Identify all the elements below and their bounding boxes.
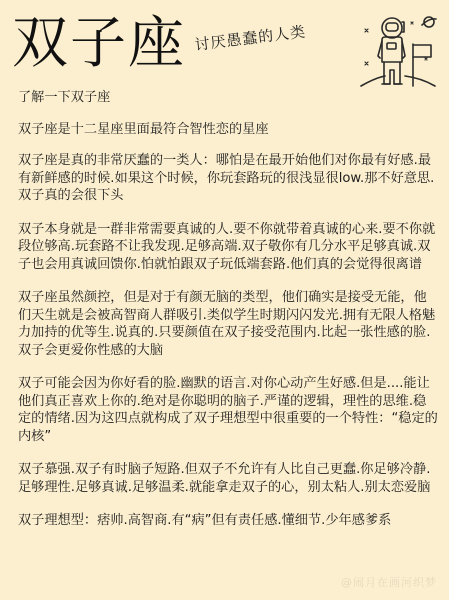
paragraph-7: 双子理想型：痞帅.高智商.有“病”但有责任感.懂细节.少年感爹系: [18, 512, 438, 530]
page-title: 双子座: [12, 14, 186, 74]
paragraph-1: 双子座是十二星座里面最符合智性恋的星座: [18, 121, 438, 139]
paragraph-5: 双子可能会因为你好看的脸.幽默的语言.对你心动产生好感.但是....能让他们真正…: [18, 375, 438, 445]
paragraph-6: 双子慕强.双子有时脑子短路.但双子不允许有人比自己更蠢.你足够冷静.足够理性.足…: [18, 461, 438, 496]
paragraph-2: 双子座是真的非常厌蠢的一类人：哪怕是在最开始他们对你最有好感.最有新鲜感的时候.…: [18, 152, 438, 205]
intro-heading: 了解一下双子座: [18, 89, 438, 107]
paragraph-3: 双子本身就是一群非常需要真诚的人.要不你就带着真诚的心来.要不你就段位够高.玩套…: [18, 221, 438, 274]
astronaut-icon: [355, 10, 440, 90]
watermark: @闹月在画河织梦: [341, 574, 437, 590]
paragraph-4: 双子座虽然颜控，但是对于有颜无脑的类型，他们确实是接受无能，他们天生就是会被高智…: [18, 289, 438, 359]
page-subtitle: 讨厌愚蠢的人类: [193, 21, 307, 55]
article-body: 了解一下双子座 双子座是十二星座里面最符合智性恋的星座 双子座是真的非常厌蠢的一…: [18, 89, 438, 546]
